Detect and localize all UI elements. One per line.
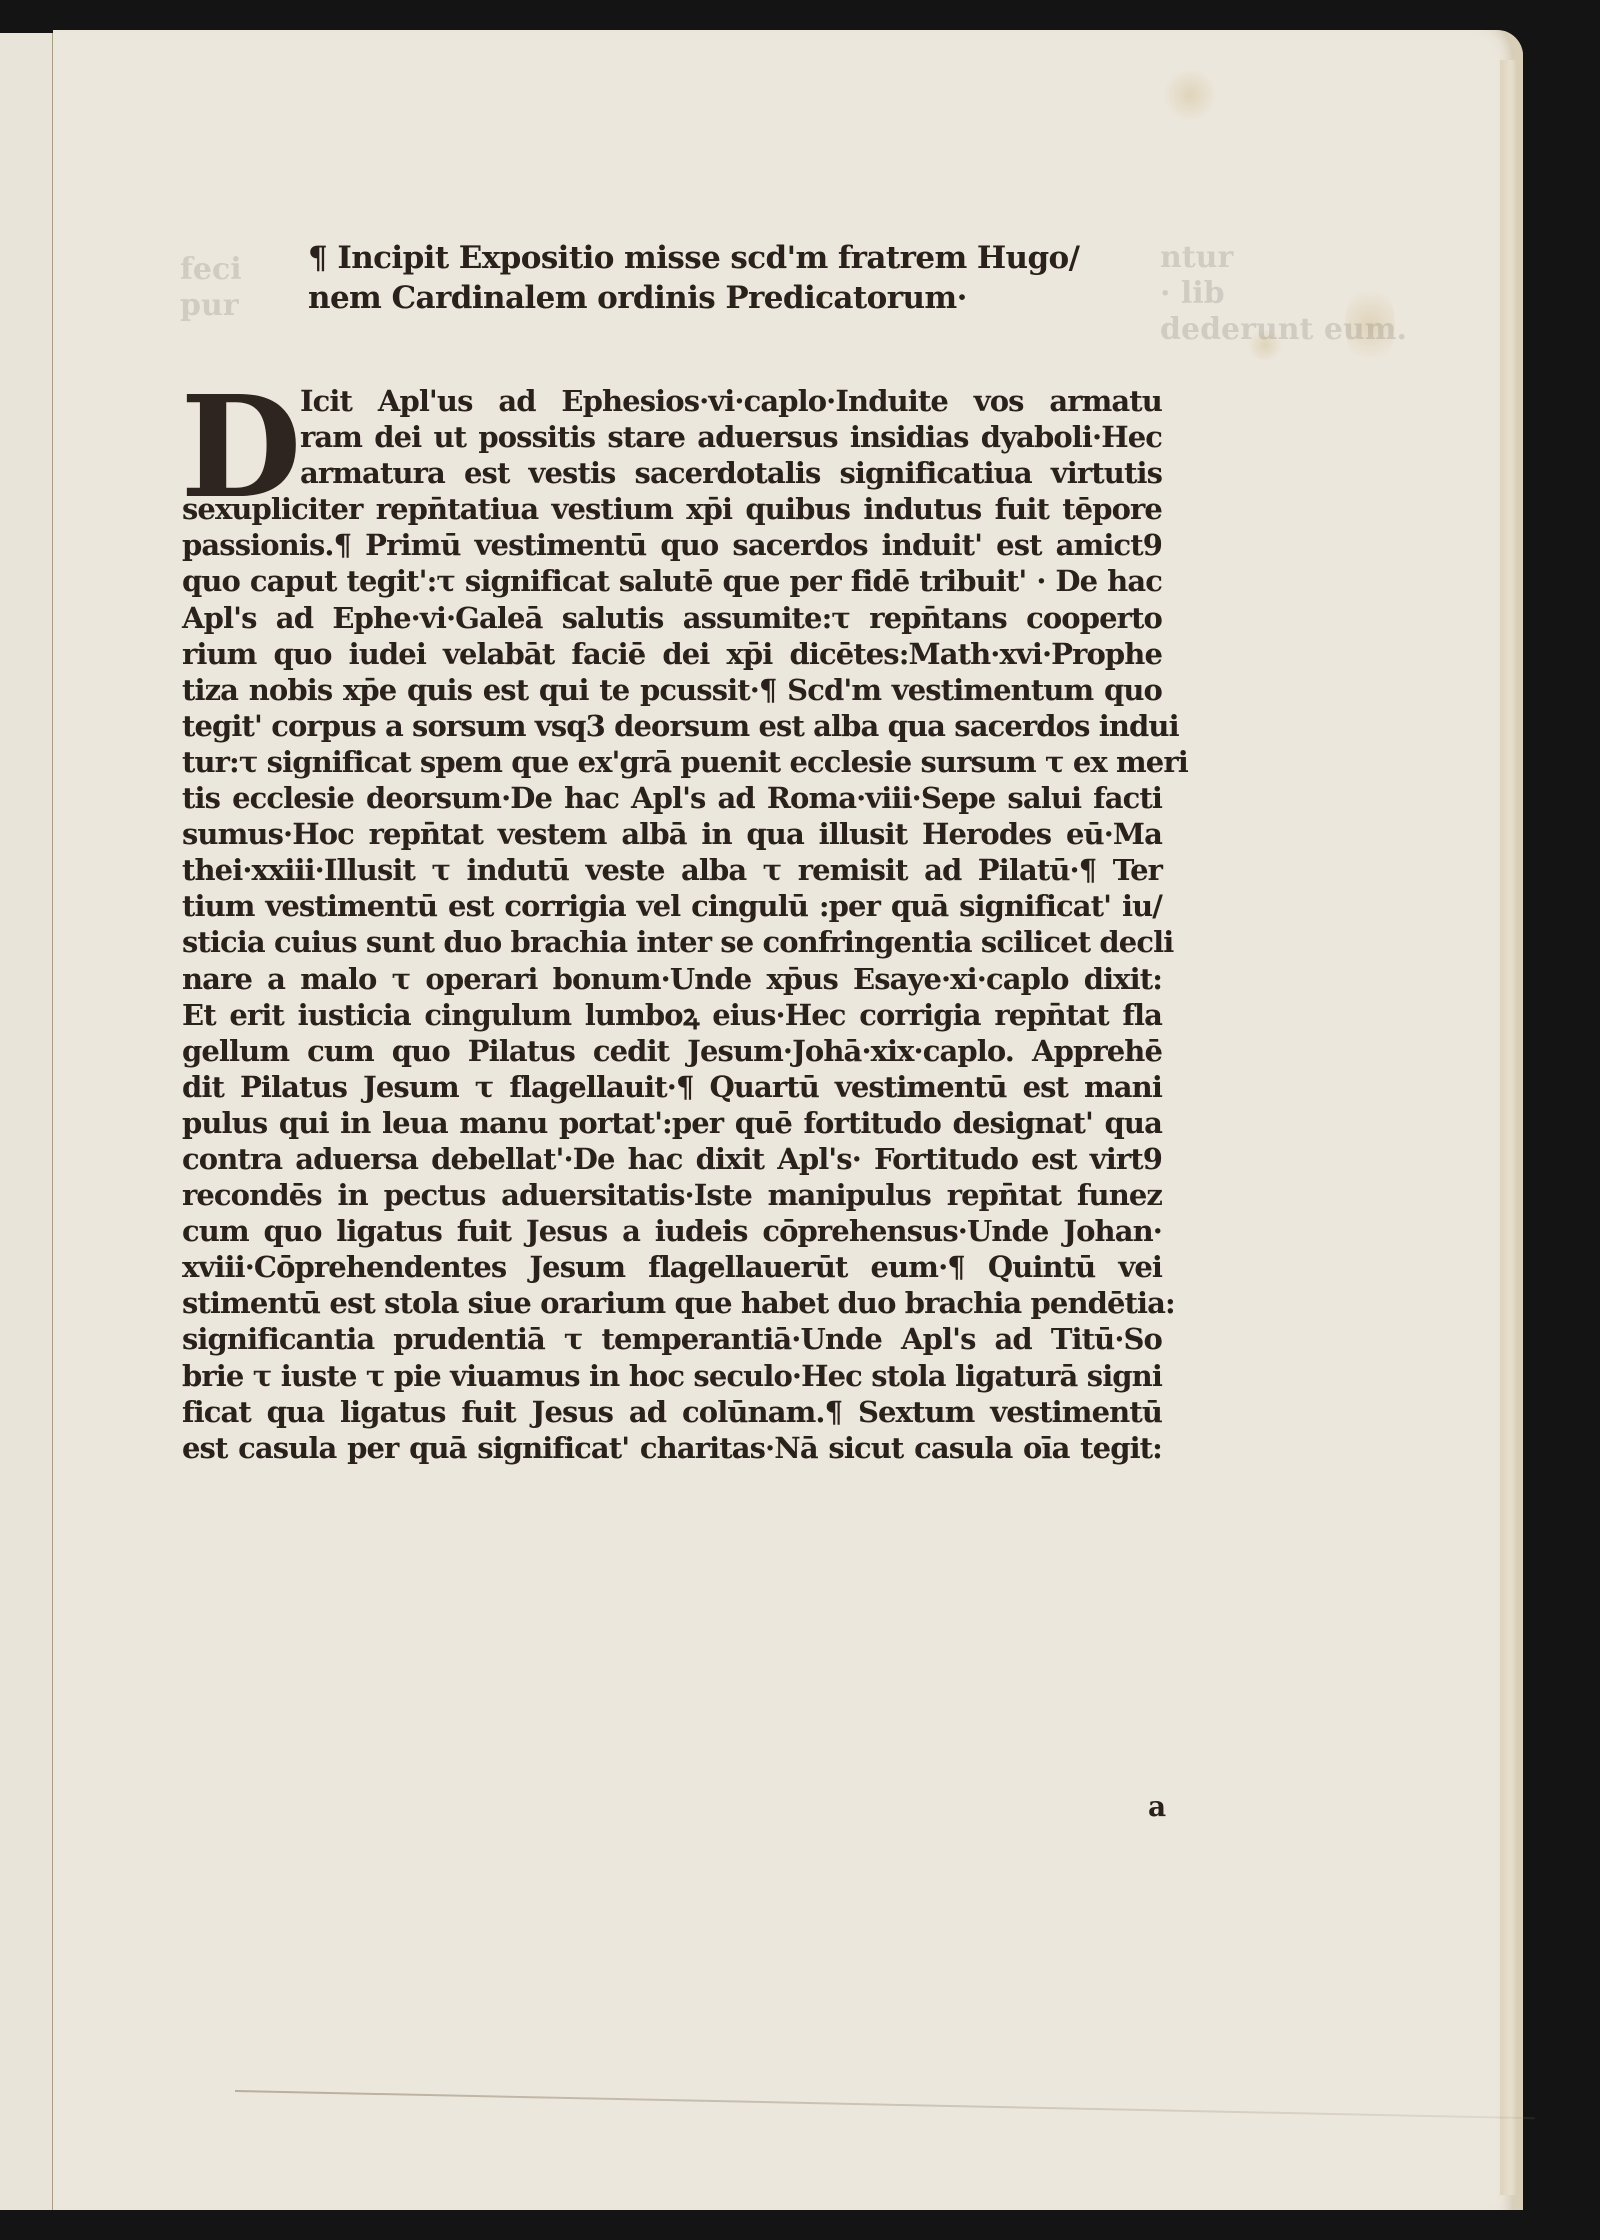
text-line: nare a malo τ operari bonum·Unde xp̄us E… xyxy=(182,961,1162,997)
text-line: Icit Apl'us ad Ephesios·vi·caplo·Induite… xyxy=(182,383,1162,419)
heading-line-1: ¶ Incipit Expositio misse scd'm fratrem … xyxy=(308,238,1079,278)
text-line: ram dei ut possitis stare aduersus insid… xyxy=(182,419,1162,455)
text-line: gellum cum quo Pilatus cedit Jesum·Johā·… xyxy=(182,1033,1162,1069)
show-through-text: feci pur xyxy=(180,252,242,324)
body-text-block: Icit Apl'us ad Ephesios·vi·caplo·Induite… xyxy=(182,383,1162,1466)
show-through-line: · lib xyxy=(1160,276,1225,311)
foxing-stain xyxy=(1160,70,1220,120)
text-line: armatura est vestis sacerdotalis signifi… xyxy=(182,455,1162,491)
show-through-line: feci xyxy=(180,252,242,287)
text-line: tiza nobis xp̄e quis est qui te pcussit·… xyxy=(182,672,1162,708)
incipit-heading: ¶ Incipit Expositio misse scd'm fratrem … xyxy=(308,238,1079,318)
text-line: cum quo ligatus fuit Jesus a iudeis cōpr… xyxy=(182,1213,1162,1249)
text-line: pulus qui in leua manu portat':per quē f… xyxy=(182,1105,1162,1141)
text-line: brie τ iuste τ pie viuamus in hoc seculo… xyxy=(182,1358,1162,1394)
show-through-text: ntur · lib dederunt eum. xyxy=(1160,240,1407,348)
text-line: Et erit iusticia cingulum lumboꝝ eius·He… xyxy=(182,997,1162,1033)
text-line: tur:τ significat spem que ex'grā puenit … xyxy=(182,744,1162,780)
text-line: tium vestimentū est corrigia vel cingulū… xyxy=(182,888,1162,924)
text-line: contra aduersa debellat'·De hac dixit Ap… xyxy=(182,1141,1162,1177)
text-line: passionis.¶ Primū vestimentū quo sacerdo… xyxy=(182,527,1162,563)
text-line: xviii·Cōprehendentes Jesum flagellauerūt… xyxy=(182,1249,1162,1285)
text-line: tegit' corpus a sorsum vsq3 deorsum est … xyxy=(182,708,1162,744)
text-line: quo caput tegit':τ significat salutē que… xyxy=(182,563,1162,599)
signature-mark: a xyxy=(1148,1790,1166,1823)
text-line: recondēs in pectus aduersitatis·Iste man… xyxy=(182,1177,1162,1213)
page-fore-edge xyxy=(1500,60,1518,2195)
text-line: sexupliciter repn̄tatiua vestium xp̄i qu… xyxy=(182,491,1162,527)
text-line: Apl's ad Ephe·vi·Galeā salutis assumite:… xyxy=(182,600,1162,636)
facing-page-edge xyxy=(0,33,54,2210)
text-line: sumus·Hoc repn̄tat vestem albā in qua il… xyxy=(182,816,1162,852)
text-line: est casula per quā significat' charitas·… xyxy=(182,1430,1162,1466)
text-line: tis ecclesie deorsum·De hac Apl's ad Rom… xyxy=(182,780,1162,816)
text-line: stimentū est stola siue orarium que habe… xyxy=(182,1285,1162,1321)
text-line: ficat qua ligatus fuit Jesus ad colūnam.… xyxy=(182,1394,1162,1430)
text-line: significantia prudentiā τ temperantiā·Un… xyxy=(182,1321,1162,1357)
text-line: rium quo iudei velabāt faciē dei xp̄i di… xyxy=(182,636,1162,672)
heading-line-2: nem Cardinalem ordinis Predicatorum· xyxy=(308,278,1079,318)
text-line: sticia cuius sunt duo brachia inter se c… xyxy=(182,924,1162,960)
show-through-line: ntur xyxy=(1160,240,1233,275)
show-through-line: pur xyxy=(180,288,239,323)
text-line: thei·xxiii·Illusit τ indutū veste alba τ… xyxy=(182,852,1162,888)
text-line: dit Pilatus Jesum τ flagellauit·¶ Quartū… xyxy=(182,1069,1162,1105)
show-through-line: dederunt eum. xyxy=(1160,312,1407,347)
